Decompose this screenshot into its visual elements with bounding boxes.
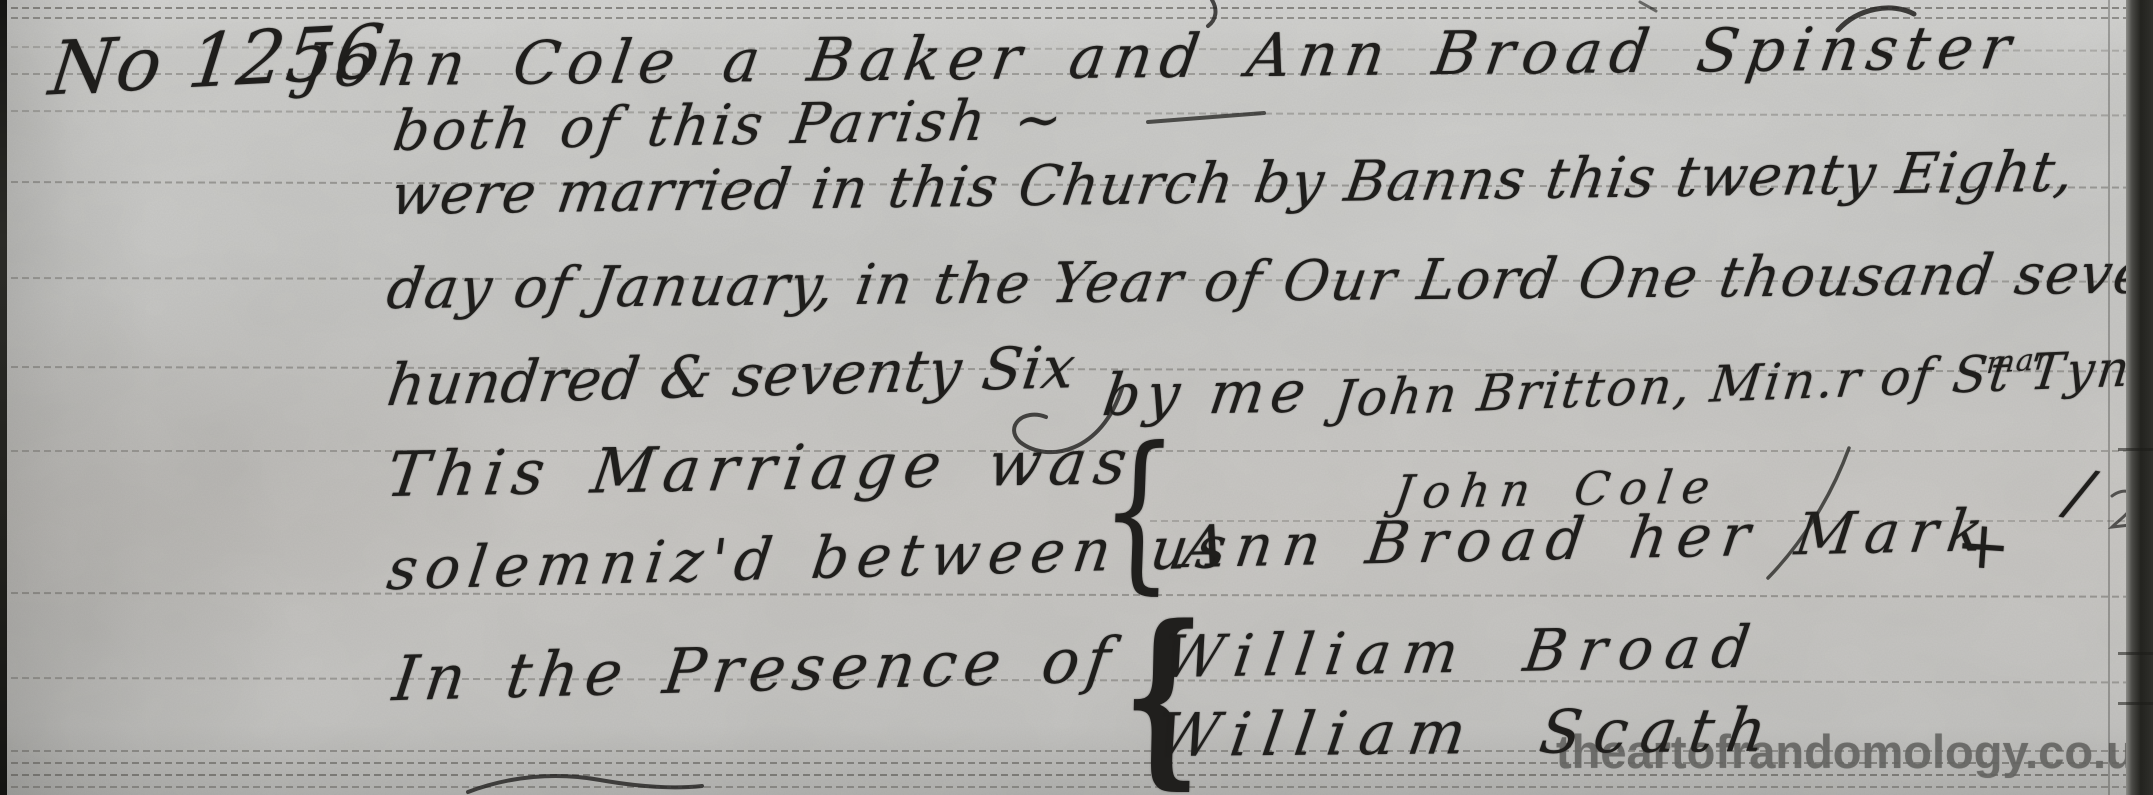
ink-flourishes [0, 0, 2153, 795]
right-margin-rule [2108, 0, 2110, 795]
edge-tick [2118, 702, 2153, 705]
page-right-edge [2126, 0, 2153, 795]
page-left-edge [0, 0, 7, 795]
edge-tick [2118, 448, 2153, 451]
edge-tick [2118, 652, 2153, 655]
register-scan-page: theartofrandomology.co.uk No 1256 John C… [0, 0, 2153, 795]
